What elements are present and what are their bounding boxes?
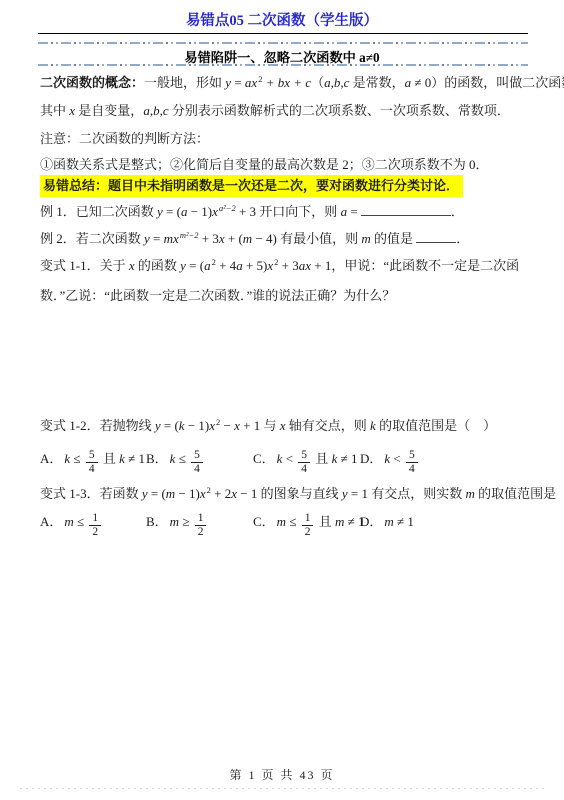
option-b-label: B．	[146, 514, 168, 529]
option-d: D．k < 54	[360, 448, 420, 475]
section-dashed-line-bottom	[38, 64, 528, 66]
option-b-label: B．	[146, 451, 168, 466]
option-a-value: k ≤ 54 且 k ≠ 1	[64, 451, 145, 466]
worksheet-page: 易错点05 二次函数（学生版） 易错陷阱一、忽略二次函数中 a≠0 二次函数的概…	[0, 0, 564, 800]
option-d-label: D．	[360, 451, 382, 466]
option-d-label: D．	[360, 514, 382, 529]
option-c-label: C．	[253, 514, 275, 529]
page-number-footer: 第 1 页 共 43 页	[0, 766, 564, 783]
example-1: 例 1．已知二次函数 y = (a − 1)xa²−2 + 3 开口向下，则 a…	[40, 203, 464, 222]
section-dashed-line-top	[38, 42, 528, 44]
option-a-value: m ≤ 12	[64, 514, 103, 529]
variant-1-2-options: A．k ≤ 54 且 k ≠ 1 B．k ≤ 54 C．k < 54 且 k ≠…	[40, 440, 564, 478]
option-a-label: A．	[40, 451, 62, 466]
option-b-value: m ≥ 12	[170, 514, 209, 529]
option-a: A．k ≤ 54 且 k ≠ 1	[40, 448, 145, 475]
error-summary-line: 易错总结：题目中未指明函数是一次还是二次，要对函数进行分类讨论．	[40, 175, 463, 197]
option-a-label: A．	[40, 514, 62, 529]
option-b: B．m ≥ 12	[146, 511, 208, 538]
judgment-methods-line: ①函数关系式是整式；②化简后自变量的最高次数是 2；③二次项系数不为 0．	[40, 156, 489, 173]
option-d-value: m ≠ 1	[384, 514, 414, 529]
option-d: D．m ≠ 1	[360, 511, 414, 530]
title-divider-line	[38, 33, 528, 34]
variant-1-2: 变式 1-2．若抛物线 y = (k − 1)x2 − x + 1 与 x 轴有…	[40, 417, 496, 436]
option-b-value: k ≤ 54	[170, 451, 205, 466]
variant-1-3: 变式 1-3．若函数 y = (m − 1)x2 + 2x − 1 的图象与直线…	[40, 485, 564, 504]
option-c-label: C．	[253, 451, 275, 466]
option-c-value: m ≤ 12 且 m ≠ 1	[277, 514, 365, 529]
option-c: C．k < 54 且 k ≠ 1	[253, 448, 357, 475]
option-b: B．k ≤ 54	[146, 448, 205, 475]
variant-1-3-options: A．m ≤ 12 B．m ≥ 12 C．m ≤ 12 且 m ≠ 1 D．m ≠…	[40, 503, 564, 541]
concept-paragraph-line1: 二次函数的概念：一般地，形如 y = ax2 + bx + c（a,b,c 是常…	[40, 74, 564, 93]
example-2: 例 2．若二次函数 y = mxm²−2 + 3x + (m − 4) 有最小值…	[40, 230, 469, 249]
concept-paragraph-line2: 其中 x 是自变量，a,b,c 分别表示函数解析式的二次项系数、一次项系数、常数…	[40, 102, 510, 119]
variant-1-1: 变式 1-1．关于 x 的函数 y = (a2 + 4a + 5)x2 + 3a…	[40, 252, 528, 310]
option-c: C．m ≤ 12 且 m ≠ 1	[253, 511, 365, 538]
highlighted-summary: 易错总结：题目中未指明函数是一次还是二次，要对函数进行分类讨论．	[40, 175, 463, 197]
bottom-faint-dotted-line	[20, 788, 544, 789]
note-line: 注意：二次函数的判断方法：	[40, 130, 209, 147]
option-d-value: k < 54	[384, 451, 419, 466]
option-c-value: k < 54 且 k ≠ 1	[277, 451, 358, 466]
option-a: A．m ≤ 12	[40, 511, 103, 538]
document-title: 易错点05 二次函数（学生版）	[0, 9, 564, 30]
